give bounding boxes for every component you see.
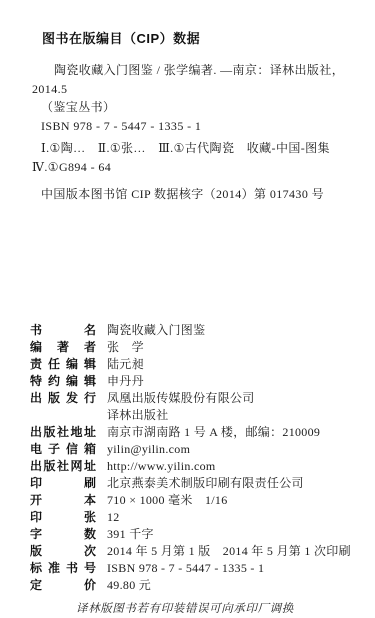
copyright-page: 图书在版编目（CIP）数据 陶瓷收藏入门图鉴 / 张学编著. —南京：译林出版社… xyxy=(0,0,375,618)
cip-line-classification: Ⅰ.①陶… Ⅱ.①张… Ⅲ.①古代陶瓷 收藏-中国-图集 xyxy=(41,139,357,158)
colophon-row-editor: 责任编辑 陆元昶 xyxy=(30,356,357,373)
colophon-value: 陶瓷收藏入门图鉴 xyxy=(107,322,205,339)
cip-line-year: 2014.5 xyxy=(32,80,357,99)
colophon-value: 49.80 元 xyxy=(107,577,151,594)
reprint-note: 译林版图书若有印装错误可向承印厂调换 xyxy=(76,600,357,616)
colophon-value: 391 千字 xyxy=(107,526,154,543)
colophon-label: 电子信箱 xyxy=(30,441,96,458)
colophon-row-author: 编著者 张 学 xyxy=(30,339,357,356)
colophon-value: 张 学 xyxy=(107,339,144,356)
cip-line-series: （鉴宝丛书） xyxy=(41,98,357,117)
cip-line-record-number: 中国版本图书馆 CIP 数据核字（2014）第 017430 号 xyxy=(41,185,357,204)
colophon-label: 定价 xyxy=(30,577,96,594)
colophon-label: 字数 xyxy=(30,526,96,543)
colophon-row-printer: 印刷 北京燕泰美术制版印刷有限责任公司 xyxy=(30,475,357,492)
colophon-label: 出版社网址 xyxy=(30,458,96,475)
colophon-label: 特约编辑 xyxy=(30,373,96,390)
colophon-table: 书名 陶瓷收藏入门图鉴 编著者 张 学 责任编辑 陆元昶 特约编辑 申丹丹 出版… xyxy=(30,322,357,594)
colophon-row-website: 出版社网址 http://www.yilin.com xyxy=(30,458,357,475)
colophon-value: 凤凰出版传媒股份有限公司 xyxy=(107,390,255,407)
colophon-label: 出版社地址 xyxy=(30,424,96,441)
colophon-row-word-count: 字数 391 千字 xyxy=(30,526,357,543)
colophon-value: ISBN 978 - 7 - 5447 - 1335 - 1 xyxy=(107,560,264,577)
colophon-label: 版次 xyxy=(30,543,96,560)
colophon-label: 印张 xyxy=(30,509,96,526)
cip-line-class-number: Ⅳ.①G894 - 64 xyxy=(32,158,357,177)
colophon-label: 出版发行 xyxy=(30,390,96,407)
colophon-value: 2014 年 5 月第 1 版 2014 年 5 月第 1 次印刷 xyxy=(107,543,351,560)
colophon-value: http://www.yilin.com xyxy=(107,458,216,475)
colophon-value: 南京市湖南路 1 号 A 楼，邮编：210009 xyxy=(107,424,320,441)
colophon-label: 书名 xyxy=(30,322,96,339)
colophon-row-address: 出版社地址 南京市湖南路 1 号 A 楼，邮编：210009 xyxy=(30,424,357,441)
colophon-row-publisher-2: 译林出版社 xyxy=(30,407,357,424)
colophon-row-isbn: 标准书号 ISBN 978 - 7 - 5447 - 1335 - 1 xyxy=(30,560,357,577)
colophon-row-email: 电子信箱 yilin@yilin.com xyxy=(30,441,357,458)
colophon-value: 北京燕泰美术制版印刷有限责任公司 xyxy=(107,475,304,492)
colophon-value: 申丹丹 xyxy=(107,373,144,390)
colophon-label: 责任编辑 xyxy=(30,356,96,373)
colophon-value: 12 xyxy=(107,509,120,526)
colophon-value: yilin@yilin.com xyxy=(107,441,190,458)
cip-line-isbn: ISBN 978 - 7 - 5447 - 1335 - 1 xyxy=(41,117,357,136)
colophon-row-price: 定价 49.80 元 xyxy=(30,577,357,594)
colophon-label: 开本 xyxy=(30,492,96,509)
colophon-row-edition: 版次 2014 年 5 月第 1 版 2014 年 5 月第 1 次印刷 xyxy=(30,543,357,560)
colophon-label: 印刷 xyxy=(30,475,96,492)
colophon-value: 陆元昶 xyxy=(107,356,144,373)
colophon-value: 译林出版社 xyxy=(107,407,169,424)
colophon-label: 标准书号 xyxy=(30,560,96,577)
cip-line-title: 陶瓷收藏入门图鉴 / 张学编著. —南京：译林出版社， xyxy=(54,61,357,80)
colophon-row-publisher: 出版发行 凤凰出版传媒股份有限公司 xyxy=(30,390,357,407)
colophon-label: 编著者 xyxy=(30,339,96,356)
colophon-row-sheets: 印张 12 xyxy=(30,509,357,526)
cip-block: 图书在版编目（CIP）数据 陶瓷收藏入门图鉴 / 张学编著. —南京：译林出版社… xyxy=(30,28,357,204)
colophon-value: 710 × 1000 毫米 1/16 xyxy=(107,492,228,509)
colophon-row-contract-editor: 特约编辑 申丹丹 xyxy=(30,373,357,390)
cip-heading: 图书在版编目（CIP）数据 xyxy=(42,28,357,47)
colophon-row-format: 开本 710 × 1000 毫米 1/16 xyxy=(30,492,357,509)
colophon-row-title: 书名 陶瓷收藏入门图鉴 xyxy=(30,322,357,339)
